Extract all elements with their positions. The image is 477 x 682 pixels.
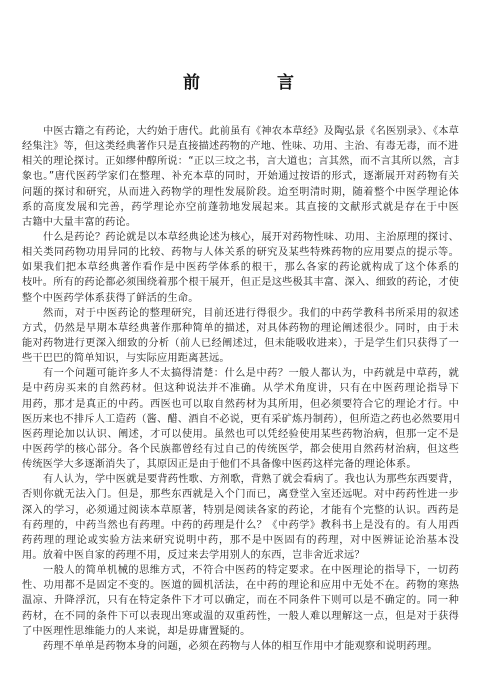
text-line: 有人认为，学中医就是要背药性歌、方剂歌，背熟了就会看病了。我也认为那些东西要背， [22, 472, 459, 487]
text-line: 相关类同药物功用异同的比较、药物与人体关系的研究及某些特殊药物的应用要点的提示等… [22, 245, 459, 260]
text-line: 什么是药论？药论就是以本草经典论述为核心，展开对药物性味、功用、主治原理的探讨、 [22, 230, 459, 245]
text-line: 药理不单单是药物本身的问题，必须在药物与人体的相互作用中才能观察和说明药理。 [22, 639, 459, 654]
text-line: 药药理的理论或实验方法来研究说明中药，那不是中医固有的药理，对中医辨证论治基本没 [22, 533, 459, 548]
preface-body: 中医古籍之有药论，大约始于唐代。此前虽有《神农本草经》及陶弘景《名医别录》、《本… [22, 124, 459, 654]
page-title: 前 言 [0, 68, 477, 93]
text-line: 然而，对于中医药论的整理研究，目前还进行得很少。我们的中药学教科书所采用的叙述 [22, 306, 459, 321]
text-line: 方式，仍然是早期本草经典著作那种简单的描述，对具体药物的理论阐述很少。同时，由于… [22, 321, 459, 336]
text-line: 相关的理论探讨。正如缪仲醇所说：“正以三坟之书，言大道也；言其然，而不言其所以然… [22, 154, 459, 169]
text-line: 整个中医药学体系获得了鲜活的生命。 [22, 291, 459, 306]
text-line: 问题的探讨和研究，从而进入药物学的理性发展阶段。迨至明清时期，随着整个中医学理论… [22, 185, 459, 200]
text-line: 深入的学习，必须通过阅读本草原著，特别是阅读各家的药论，才能有个完整的认识。西药… [22, 503, 459, 518]
text-line: 中医药学的核心部分。各个民族都曾经有过自己的传统医学，都会使用自然药材治病，但这… [22, 442, 459, 457]
text-line: 性、功用都不是固定不变的。医道的圆机活法，在中药的理论和应用中无处不在。药物的寒… [22, 578, 459, 593]
text-line: 如果我们把本草经典著作看作是中医药学体系的根干，那么各家的药论就构成了这个体系的 [22, 260, 459, 275]
text-line: 是中药房买来的自然药材。但这种说法并不准确。从学术角度讲，只有在中医药理论指导下 [22, 381, 459, 396]
text-line: 了中医理性思维能力的人来说，却是毋庸置疑的。 [22, 624, 459, 639]
text-line: 象也。”唐代医药学家们在整理、补充本草的同时，开始通过按语的形式，逐渐展开对药物… [22, 169, 459, 184]
document-page: 前 言 中医古籍之有药论，大约始于唐代。此前虽有《神农本草经》及陶弘景《名医别录… [0, 0, 477, 682]
text-line: 系的高度发展和完善，药学理论亦空前蓬勃地发展起来。其直接的文献形式就是存在于中医 [22, 200, 459, 215]
text-line: 药材，在不同的条件下可以表现出寒或温的双重药性，一般人难以理解这一点，但是对于获… [22, 609, 459, 624]
text-line: 用药，那才是真正的中药。西医也可以取自然药材为其所用，但必须要符合它的理论才行。… [22, 397, 459, 412]
text-line: 医药理论加以认识、阐述，才可以使用。虽然也可以凭经验使用某些药物治病，但那一定不… [22, 427, 459, 442]
text-line: 有一个问题可能许多人不太搞得清楚：什么是中药？一般人都认为，中药就是中草药，就 [22, 366, 459, 381]
text-line: 传统医学大多逐渐消失了，其原因正是由于他们不具备像中医药这样完备的理论体系。 [22, 457, 459, 472]
text-line: 些干巴巴的简单知识，与实际应用距离甚远。 [22, 351, 459, 366]
text-line: 否则你就无法入门。但是，那些东西就是入个门而已，离登堂入室还远呢。对中药药性进一… [22, 487, 459, 502]
text-line: 枝叶。所有的药论都必须围绕着那个根干展开，但正是这些极其丰富、深入、细致的药论，… [22, 275, 459, 290]
text-line: 一般人的简单机械的思维方式，不符合中医药的特定要求。在中医理论的指导下，一切药 [22, 563, 459, 578]
text-line: 中医古籍之有药论，大约始于唐代。此前虽有《神农本草经》及陶弘景《名医别录》、《本… [22, 124, 459, 139]
text-line: 温凉、升降浮沉，只有在特定条件下才可以确定，而在不同条件下则可以是不确定的。同一… [22, 593, 459, 608]
text-line: 用。放着中医自家的药理不用，反过来去学用别人的东西，岂非舍近求远？ [22, 548, 459, 563]
text-line: 能对药物进行更深入细致的分析（前人已经阐述过，但未能吸收进来），于是学生们只获得… [22, 336, 459, 351]
text-line: 经集注》等，但这类经典著作只是直接描述药物的产地、性味、功用、主治、有毒无毒，而… [22, 139, 459, 154]
text-line: 医历来也不排斥人工造药（酱、醋、酒自不必说，更有采矿炼丹制药），但所造之药也必然… [22, 412, 459, 427]
text-line: 古籍中大量丰富的药论。 [22, 215, 459, 230]
text-line: 有药理的，中药当然也有药理。中药的药理是什么？《中药学》教科书上是没有的。有人用… [22, 518, 459, 533]
